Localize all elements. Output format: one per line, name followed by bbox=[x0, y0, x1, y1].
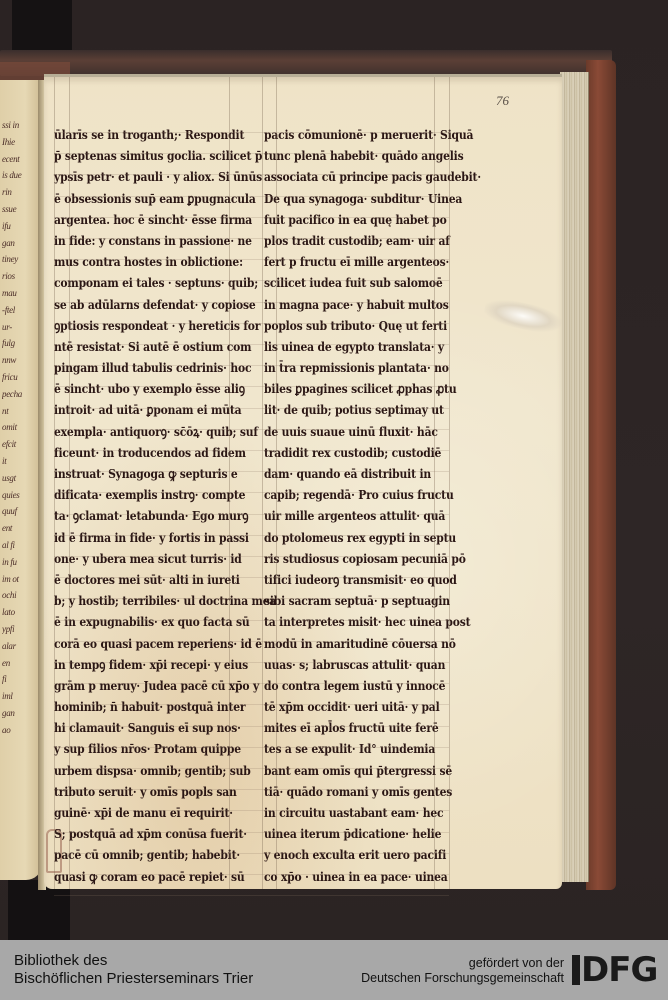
manuscript-line: exempla· antiquorꝯ· sc̄ōꝝ· quib; suf bbox=[54, 421, 276, 442]
verso-text-fragment: efcit bbox=[2, 439, 32, 450]
verso-text-fragment: ent bbox=[2, 523, 32, 534]
verso-text-fragment: fi bbox=[2, 674, 32, 685]
ruling-line bbox=[54, 471, 449, 472]
manuscript-line: S; postquā ad xp̄m conūsa fuerit· bbox=[54, 823, 276, 844]
manuscript-line: corā eo quasi pacem reperiens· id ē bbox=[54, 633, 276, 654]
ruling-line bbox=[54, 302, 449, 303]
verso-text-fragment: omit bbox=[2, 422, 32, 433]
manuscript-line: introit· ad uitā· ꝑponam ei mūta bbox=[54, 399, 276, 420]
ruling-line bbox=[54, 747, 449, 748]
ruling-line bbox=[449, 77, 450, 889]
manuscript-line: pingam illud tabulis cedrinis· hoc bbox=[54, 357, 276, 378]
verso-text-fragment: gan bbox=[2, 708, 32, 719]
ruling-line bbox=[54, 789, 449, 790]
ruling-line bbox=[54, 386, 449, 387]
ruling-line bbox=[54, 853, 449, 854]
manuscript-line: argentea. hoc ē sincht· ēsse firma bbox=[54, 209, 276, 230]
footer-banner: Bibliothek des Bischöflichen Priestersem… bbox=[0, 940, 668, 1000]
manuscript-line: ē doctores mei sūt· alti in iureti bbox=[54, 569, 276, 590]
recto-page: 76 ūlarīs se in troganth;· Responditp̄ s… bbox=[44, 74, 562, 889]
ruling-line bbox=[54, 344, 449, 345]
ruling-line bbox=[54, 450, 449, 451]
ruling-line bbox=[54, 832, 449, 833]
ruling-line bbox=[54, 365, 449, 366]
manuscript-line: grām p meruy· Judea pacē cū xp̄o y bbox=[54, 675, 276, 696]
verso-text-fragment: ochi bbox=[2, 590, 32, 601]
verso-text-fragment: -ftel bbox=[2, 305, 32, 316]
verso-text-fragment: mau bbox=[2, 288, 32, 299]
verso-text-fragment: quies bbox=[2, 490, 32, 501]
verso-text-fragment: ssue bbox=[2, 204, 32, 215]
verso-text-fragment: en bbox=[2, 658, 32, 669]
ruling-line bbox=[54, 280, 449, 281]
ruling-line bbox=[54, 174, 449, 175]
verso-text-fragment: it bbox=[2, 456, 32, 467]
verso-text-fragment: ifu bbox=[2, 221, 32, 232]
manuscript-line: ūlarīs se in troganth;· Respondit bbox=[54, 124, 276, 145]
ruling-line bbox=[54, 662, 449, 663]
funding-note: gefördert von der Deutschen Forschungsge… bbox=[361, 956, 564, 986]
verso-text-fragment: Ihie bbox=[2, 137, 32, 148]
verso-text-fragment: fulg bbox=[2, 338, 32, 349]
manuscript-line: hominib; n̄ habuit· postquā inter bbox=[54, 696, 276, 717]
ruling-line bbox=[54, 598, 449, 599]
manuscript-line: dificata· exemplis instrꝯ· compte bbox=[54, 484, 276, 505]
manuscript-line: id ē firma in fide· y fortis in passi bbox=[54, 527, 276, 548]
ruling-line bbox=[54, 132, 449, 133]
manuscript-line: ꝯptiosis respondeat · y hereticis for bbox=[54, 315, 276, 336]
verso-text-fragment: in fu bbox=[2, 557, 32, 568]
ruling-line bbox=[54, 408, 449, 409]
ruling-line bbox=[54, 535, 449, 536]
ruling-line bbox=[54, 768, 449, 769]
verso-text-fragment: usgt bbox=[2, 473, 32, 484]
manuscript-line: componam ei tales · septuns· quib; bbox=[54, 272, 276, 293]
manuscript-image: ssi inIhieecentis duerinssueifugantineyr… bbox=[0, 0, 668, 940]
manuscript-line: guinē· xp̄i de manu eī requirit· bbox=[54, 802, 276, 823]
ruling-line bbox=[54, 641, 449, 642]
verso-text-fragment: alar bbox=[2, 641, 32, 652]
book-cover-top bbox=[0, 50, 612, 76]
verso-page-fragment: ssi inIhieecentis duerinssueifugantineyr… bbox=[0, 80, 42, 880]
funding-line-1: gefördert von der bbox=[361, 956, 564, 971]
verso-text-fragment: ecent bbox=[2, 154, 32, 165]
verso-text-fragment: fricu bbox=[2, 372, 32, 383]
dfg-logo-text: DFG bbox=[581, 950, 657, 990]
manuscript-line: in tempꝯ fidem· xp̄i recepi· y eius bbox=[54, 654, 276, 675]
verso-text-fragment: tiney bbox=[2, 254, 32, 265]
manuscript-line: in fide: y constans in passione· ne bbox=[54, 230, 276, 251]
ruling-line bbox=[54, 620, 449, 621]
ruling-line bbox=[54, 683, 449, 684]
ruling-line bbox=[54, 810, 449, 811]
ruling-line bbox=[54, 514, 449, 515]
manuscript-line: y sup filios nr̄os· Protam quippe bbox=[54, 738, 276, 759]
folio-number: 76 bbox=[496, 93, 509, 109]
verso-text-fragment: is due bbox=[2, 170, 32, 181]
library-name: Bibliothek des Bischöflichen Priestersem… bbox=[14, 952, 253, 988]
manuscript-line: urbem dispsa· omnib; gentib; sub bbox=[54, 760, 276, 781]
manuscript-line: ntē resistat· Si autē ē ostium com bbox=[54, 336, 276, 357]
ruling-line bbox=[54, 238, 449, 239]
manuscript-line: one· y ubera mea sicut turris· id bbox=[54, 548, 276, 569]
verso-text-fragment: nt bbox=[2, 406, 32, 417]
verso-text-fragment: iml bbox=[2, 691, 32, 702]
manuscript-line: ficeunt· in troducendos ad fidem bbox=[54, 442, 276, 463]
funding-line-2: Deutschen Forschungsgemeinschaft bbox=[361, 971, 564, 986]
ruling-line bbox=[54, 556, 449, 557]
manuscript-line: ypsīs petr· et pauli · y aliox. Si ūnūs bbox=[54, 166, 276, 187]
ruling-line bbox=[54, 492, 449, 493]
ruling-line bbox=[54, 196, 449, 197]
manuscript-line: hi clamauit· Sanguis eī sup nos· bbox=[54, 717, 276, 738]
ruling-line bbox=[54, 726, 449, 727]
dfg-logo: DFG bbox=[572, 954, 657, 986]
ruling-line bbox=[54, 259, 449, 260]
verso-text-fragment: rin bbox=[2, 187, 32, 198]
book-cover-right bbox=[586, 60, 616, 890]
manuscript-line: b; y hostib; terribiles· ul doctrina mea bbox=[54, 590, 276, 611]
ruling-line bbox=[54, 577, 449, 578]
manuscript-line: pacē cū omnib; gentib; habebit· bbox=[54, 844, 276, 865]
ruling-line bbox=[54, 217, 449, 218]
manuscript-line: se ab adūlarns defendat· y copiose bbox=[54, 294, 276, 315]
ruling-line bbox=[54, 874, 449, 875]
manuscript-line: ta· ꝯclamat· letabunda· Ego murꝯ bbox=[54, 505, 276, 526]
manuscript-line: ē sincht· ubo y exemplo ēsse aliꝯ bbox=[54, 378, 276, 399]
ruling-line bbox=[54, 895, 449, 896]
ruling-line bbox=[54, 323, 449, 324]
verso-text-fragment: quuf bbox=[2, 506, 32, 517]
verso-text-fragment: rios bbox=[2, 271, 32, 282]
manuscript-line: instruat· Synagoga ꝙ septuris e bbox=[54, 463, 276, 484]
verso-text-fragment: ssi in bbox=[2, 120, 32, 131]
verso-text-fragment: nnw bbox=[2, 355, 32, 366]
manuscript-line: tributo seruit· y omīs popls san bbox=[54, 781, 276, 802]
verso-text-fragment: lato bbox=[2, 607, 32, 618]
ruling-line bbox=[54, 153, 449, 154]
verso-text-fragment: pecha bbox=[2, 389, 32, 400]
library-line-1: Bibliothek des bbox=[14, 952, 253, 970]
verso-text-fragment: al fi bbox=[2, 540, 32, 551]
verso-text-fragment: ypfi bbox=[2, 624, 32, 635]
manuscript-line: p̄ septenas simitus goclia. scilicet p̄ bbox=[54, 145, 276, 166]
dfg-logo-bar-icon bbox=[572, 955, 580, 985]
library-line-2: Bischöflichen Priesterseminars Trier bbox=[14, 970, 253, 988]
verso-text-fragment: ao bbox=[2, 725, 32, 736]
page-stack-edges bbox=[560, 72, 589, 882]
manuscript-line: mus contra hostes in oblictione: bbox=[54, 251, 276, 272]
manuscript-line: ē in expugnabilis· ex quo facta sū bbox=[54, 611, 276, 632]
verso-text-fragment: im ot bbox=[2, 574, 32, 585]
manuscript-line: quasi ꝙ coram eo pacē repiet· sū bbox=[54, 866, 276, 887]
manuscript-line: ē obsessionis sup̄ eam ꝑpugnacula bbox=[54, 188, 276, 209]
verso-text-fragment: ur- bbox=[2, 322, 32, 333]
verso-text-fragment: gan bbox=[2, 238, 32, 249]
ruling-line bbox=[54, 429, 449, 430]
ruling-line bbox=[54, 704, 449, 705]
